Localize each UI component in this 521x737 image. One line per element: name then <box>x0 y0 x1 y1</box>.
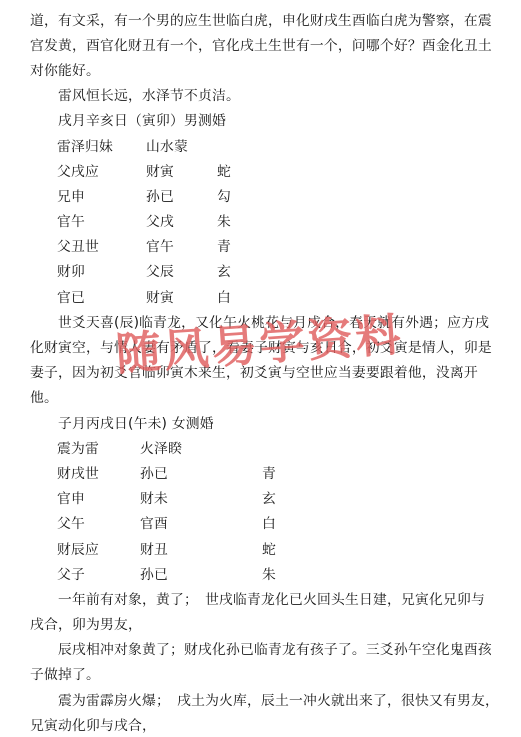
document-page: 道，有文采，有一个男的应生世临白虎，申化财戌生酉临白虎为警察，在震宫发黄，酉官化… <box>0 0 521 737</box>
yao-cell: 官已 <box>57 286 146 306</box>
yao-cell: 财寅 <box>146 160 217 180</box>
case1-hexagram-row: 财卯父辰玄 <box>30 258 493 283</box>
yao-cell: 朱 <box>262 563 276 583</box>
case1-hexagram-row: 父丑世官午青 <box>30 233 493 258</box>
yao-cell: 父午 <box>57 512 140 532</box>
case1-analysis-line: 化财寅空，与情人妻有矛盾了，看妻子财寅与亥日合，初爻寅是情人，卯是 <box>30 333 493 358</box>
case2-hexagram-row: 父子孙已朱 <box>30 560 493 585</box>
yao-cell: 财丑 <box>140 538 262 558</box>
yao-cell: 财寅 <box>146 286 217 306</box>
yao-cell: 玄 <box>217 260 231 280</box>
hexagram-name: 山水蒙 <box>146 135 217 155</box>
yao-cell: 孙已 <box>140 563 262 583</box>
yao-cell: 玄 <box>262 487 276 507</box>
case2-header: 子月丙戌日(午未) 女测婚 <box>30 409 493 434</box>
case1-hexagram-names-row: 雷泽归妹山水蒙 <box>30 132 493 157</box>
yao-cell: 兄申 <box>57 185 146 205</box>
yao-cell: 财未 <box>140 487 262 507</box>
yao-cell: 财辰应 <box>57 538 140 558</box>
case2-analysis-line: 震为雷霹房火爆； 戌土为火库，辰土一冲火就出来了，很快又有男友， <box>30 686 493 711</box>
case2-hexagram-row: 财辰应财丑蛇 <box>30 535 493 560</box>
hexagram-name: 震为雷 <box>57 437 140 457</box>
hexagram-name: 火泽睽 <box>140 437 262 457</box>
yao-cell: 孙已 <box>146 185 217 205</box>
yao-cell: 蛇 <box>217 160 231 180</box>
yao-cell: 父辰 <box>146 260 217 280</box>
yao-cell: 青 <box>262 462 276 482</box>
yao-cell: 青 <box>217 235 231 255</box>
case2-analysis-line: 辰戌相冲对象黄了；财戌化孙已临青龙有孩子了。三爻孙午空化鬼酉孩 <box>30 636 493 661</box>
intro-line: 道，有文采，有一个男的应生世临白虎，申化财戌生酉临白虎为警察，在震 <box>30 6 493 31</box>
yao-cell: 官申 <box>57 487 140 507</box>
yao-cell: 父戌 <box>146 210 217 230</box>
yao-cell: 朱 <box>217 210 231 230</box>
yao-cell: 财戌世 <box>57 462 140 482</box>
case2-hexagram-row: 父午官酉白 <box>30 510 493 535</box>
case1-hexagram-row: 官午父戌朱 <box>30 208 493 233</box>
case1-hexagram-row: 官已财寅白 <box>30 283 493 308</box>
case1-header: 戌月辛亥日（寅卯）男测婚 <box>30 107 493 132</box>
case2-analysis-line: 一年前有对象，黄了； 世戌临青龙化已火回头生日建，兄寅化兄卯与 <box>30 585 493 610</box>
case1-analysis-line: 妻子，因为初爻官临卯寅木来生，初爻寅与空世应当妻要跟着他，没离开 <box>30 359 493 384</box>
case1-analysis-line: 世爻天喜(辰)临青龙，又化午火桃花与月戌合，春天就有外遇；应方戌 <box>30 308 493 333</box>
document-body: 道，有文采，有一个男的应生世临白虎，申化财戌生酉临白虎为警察，在震宫发黄，酉官化… <box>30 6 493 736</box>
yao-cell: 官午 <box>57 210 146 230</box>
yao-cell: 父子 <box>57 563 140 583</box>
case1-hexagram-row: 兄申孙已勾 <box>30 182 493 207</box>
case1-analysis-line: 他。 <box>30 384 493 409</box>
yao-cell: 父戌应 <box>57 160 146 180</box>
case2-analysis-line: 戌合，卯为男友， <box>30 611 493 636</box>
case2-hexagram-row: 官申财未玄 <box>30 485 493 510</box>
yao-cell: 父丑世 <box>57 235 146 255</box>
intro-line: 对你能好。 <box>30 56 493 81</box>
yao-cell: 勾 <box>217 185 231 205</box>
intro-line: 雷风恒长远，水泽节不贞洁。 <box>30 82 493 107</box>
case2-analysis-line: 子做掉了。 <box>30 661 493 686</box>
yao-cell: 财卯 <box>57 260 146 280</box>
yao-cell: 孙已 <box>140 462 262 482</box>
case1-hexagram-row: 父戌应财寅蛇 <box>30 157 493 182</box>
yao-cell: 官午 <box>146 235 217 255</box>
yao-cell: 白 <box>262 512 276 532</box>
intro-line: 宫发黄，酉官化财丑有一个，官化戌土生世有一个，问哪个好？酉金化丑土 <box>30 31 493 56</box>
hexagram-name: 雷泽归妹 <box>57 135 146 155</box>
case2-hexagram-names-row: 震为雷火泽睽 <box>30 434 493 459</box>
yao-cell: 官酉 <box>140 512 262 532</box>
yao-cell: 白 <box>217 286 231 306</box>
case2-hexagram-row: 财戌世孙已青 <box>30 459 493 484</box>
case2-analysis-line: 兄寅动化卯与戌合， <box>30 711 493 736</box>
yao-cell: 蛇 <box>262 538 276 558</box>
